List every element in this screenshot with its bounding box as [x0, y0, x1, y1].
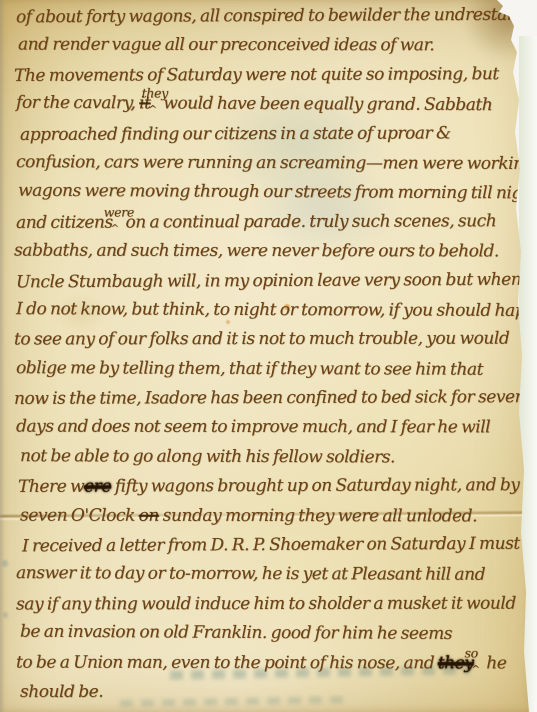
caret-mark: ^ — [111, 224, 119, 234]
letter-line: I do not know, but think, to night or to… — [16, 295, 526, 326]
letter-line: for the cavalry, itthey^ would have been… — [16, 89, 526, 121]
letter-line: and citizenswere^ on a continual parade.… — [16, 207, 526, 238]
letter-page: of about forty wagons, all conspired to … — [0, 0, 531, 712]
letter-line: not be able to go along with his fellow … — [20, 442, 526, 473]
letter-line: answer it to day or to-morrow, he is yet… — [16, 560, 526, 591]
letter-line: oblige me by telling them, that if they … — [16, 354, 526, 385]
letter-lines: of about forty wagons, all conspired to … — [14, 2, 526, 707]
letter-line: confusion, cars were running an screamin… — [16, 148, 526, 179]
letter-line: There were fifty wagons brought up on Sa… — [18, 471, 526, 502]
letter-line: days and does not seem to improve much, … — [16, 413, 526, 443]
page-edge-shadow — [0, 0, 5, 712]
letter-line: and render vague all our preconceived id… — [18, 31, 526, 61]
letter-line: wagons were moving through our streets f… — [18, 177, 526, 209]
struck-word: on — [139, 505, 159, 525]
inserted-word: were^ — [113, 210, 122, 227]
letter-body: of about forty wagons, all conspired to … — [14, 2, 526, 707]
letter-line: approached finding our citizens in a sta… — [20, 119, 526, 150]
inserted-word: they^ — [151, 92, 160, 109]
letter-line: to see any of our folks and it is not to… — [14, 325, 526, 355]
letter-line: I received a letter from D. R. P. Shoema… — [22, 530, 526, 562]
letter-line: of about forty wagons, all conspired to … — [16, 1, 526, 33]
inserted-word: so^ — [474, 651, 483, 668]
letter-line: should be. — [20, 678, 526, 707]
blotted-word: ere — [84, 477, 111, 497]
letter-line: Uncle Stumbaugh will, in my opinion leav… — [16, 265, 526, 297]
letter-line: to be a Union man, even to the point of … — [16, 648, 526, 678]
letter-line: now is the time, Isadore has been confin… — [14, 383, 526, 414]
letter-line: sabbaths, and such times, were never bef… — [14, 237, 526, 267]
letter-line: seven O'Clock on sunday morning they wer… — [20, 501, 526, 531]
letter-line: The movements of Saturday were not quite… — [14, 60, 526, 91]
letter-line: be an invasion on old Franklin. good for… — [20, 618, 526, 650]
letter-line: say if any thing would induce him to sho… — [16, 589, 526, 619]
caret-mark: ^ — [472, 665, 480, 675]
caret-mark: ^ — [148, 106, 156, 116]
